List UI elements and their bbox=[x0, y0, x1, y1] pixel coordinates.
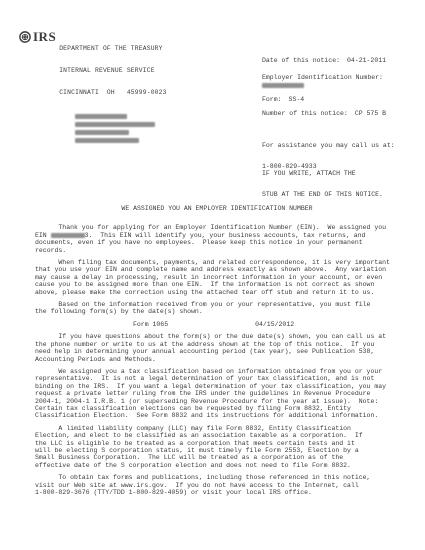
paragraph-llc: A limited liability company (LLC) may fi… bbox=[35, 425, 399, 469]
ein-label: Employer Identification Number: bbox=[262, 74, 383, 81]
irs-logo-text: IRS bbox=[33, 30, 56, 43]
paragraph-tax-classification: We assigned you a tax classification bas… bbox=[35, 368, 399, 420]
letter-body: WE ASSIGNED YOU AN EMPLOYER IDENTIFICATI… bbox=[35, 205, 399, 501]
redacted-recipient-line bbox=[75, 122, 155, 127]
notice-number-row: Number of this notice:CP 575 B bbox=[262, 110, 386, 117]
agency-line-1: DEPARTMENT OF THE TREASURY bbox=[59, 45, 166, 52]
write-instruction-line-1: IF YOU WRITE, ATTACH THE bbox=[262, 170, 383, 177]
redacted-recipient-line bbox=[75, 130, 129, 135]
notice-title: WE ASSIGNED YOU AN EMPLOYER IDENTIFICATI… bbox=[35, 205, 399, 212]
agency-line-2: INTERNAL REVENUE SERVICE bbox=[59, 67, 166, 74]
notice-number-label: Number of this notice: bbox=[262, 110, 348, 117]
paragraph-questions: If you have questions about the form(s) … bbox=[35, 333, 399, 363]
agency-header: IRS DEPARTMENT OF THE TREASURY INTERNAL … bbox=[19, 30, 167, 111]
assistance-line-1: For assistance you may call us at: bbox=[262, 142, 395, 149]
treasury-seal-icon bbox=[19, 31, 31, 43]
ein-value-redacted bbox=[262, 83, 304, 88]
redacted-recipient-line bbox=[75, 138, 139, 143]
notice-date-value: 04-21-2011 bbox=[347, 57, 386, 64]
ein-label-row: Employer Identification Number: bbox=[262, 74, 383, 81]
paragraph-thank-you: Thank you for applying for an Employer I… bbox=[35, 224, 399, 254]
form-row: Form:SS-4 bbox=[262, 96, 304, 103]
form-label: Form: bbox=[262, 96, 282, 103]
form-value: SS-4 bbox=[289, 96, 305, 103]
paragraph-filing-importance: When filing tax documents, payments, and… bbox=[35, 259, 399, 296]
agency-line-3: CINCINNATI OH 45999-0023 bbox=[59, 89, 166, 96]
notice-date-row: Date of this notice:04-21-2011 bbox=[262, 57, 386, 64]
filing-requirement-row: Form 106504/15/2012 bbox=[35, 321, 399, 328]
redacted-recipient-line bbox=[75, 114, 127, 119]
ein-inline-redacted bbox=[51, 233, 85, 238]
recipient-address-redacted bbox=[75, 114, 155, 146]
notice-date-label: Date of this notice: bbox=[262, 57, 340, 64]
agency-address-block: DEPARTMENT OF THE TREASURY INTERNAL REVE… bbox=[59, 30, 166, 111]
notice-number-value: CP 575 B bbox=[355, 110, 386, 117]
paragraph-obtain-forms: To obtain tax forms and publications, in… bbox=[35, 474, 399, 496]
write-instruction-line-2: STUB AT THE END OF THIS NOTICE. bbox=[262, 191, 383, 198]
irs-cp575b-notice-page: IRS DEPARTMENT OF THE TREASURY INTERNAL … bbox=[0, 0, 425, 550]
filing-due-date: 04/15/2012 bbox=[255, 321, 294, 328]
filing-form-name: Form 1065 bbox=[133, 321, 168, 328]
paragraph-based-on-info: Based on the information received from y… bbox=[35, 301, 399, 316]
